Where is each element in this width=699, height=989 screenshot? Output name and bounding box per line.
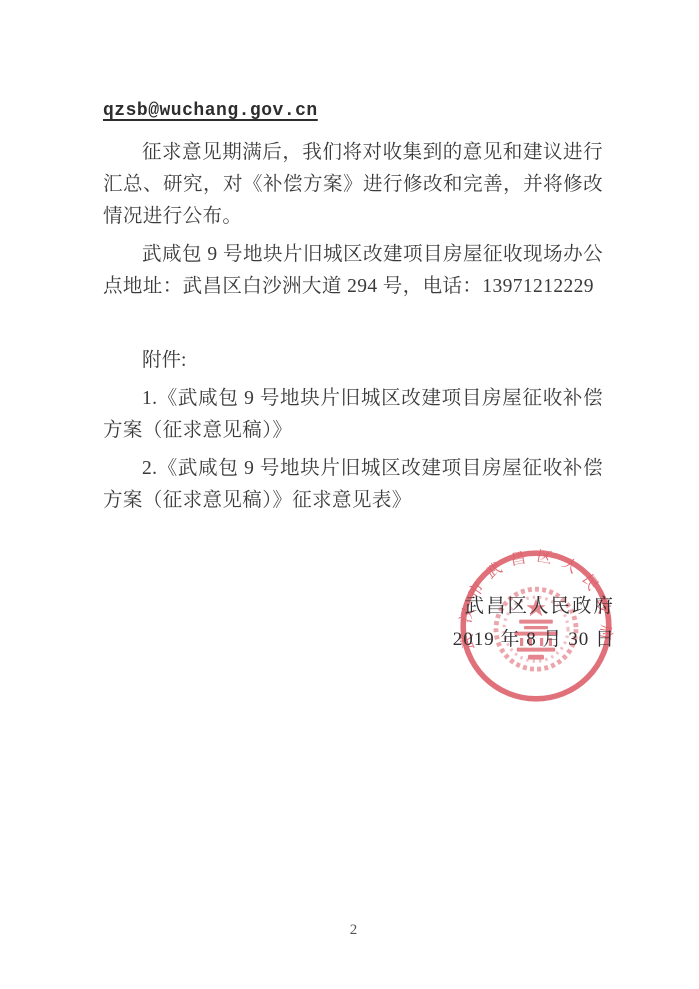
paragraph-office-address: 武咸包 9 号地块片旧城区改建项目房屋征收现场办公点地址：武昌区白沙洲大道 29… [103,239,603,303]
attachments-label: 附件: [103,345,603,377]
attachment-item-2: 2.《武咸包 9 号地块片旧城区改建项目房屋征收补偿方案（征求意见稿）》征求意见… [103,453,603,517]
attachment-item-1: 1.《武咸包 9 号地块片旧城区改建项目房屋征收补偿方案（征求意见稿）》 [103,383,603,447]
attachments-section: 附件: 1.《武咸包 9 号地块片旧城区改建项目房屋征收补偿方案（征求意见稿）》… [103,345,603,517]
document-body: qzsb@wuchang.gov.cn 征求意见期满后，我们将对收集到的意见和建… [103,98,603,517]
signature-issuer: 武昌区人民政府 [453,592,615,622]
document-page: qzsb@wuchang.gov.cn 征求意见期满后，我们将对收集到的意见和建… [0,0,699,989]
signature-date: 2019 年 8 月 30 日 [453,625,615,655]
contact-email: qzsb@wuchang.gov.cn [103,98,318,124]
signature-block: 武昌区人民政府 2019 年 8 月 30 日 [453,592,615,655]
paragraph-feedback-process: 征求意见期满后，我们将对收集到的意见和建议进行汇总、研究，对《补偿方案》进行修改… [103,137,603,233]
page-number: 2 [4,922,699,939]
